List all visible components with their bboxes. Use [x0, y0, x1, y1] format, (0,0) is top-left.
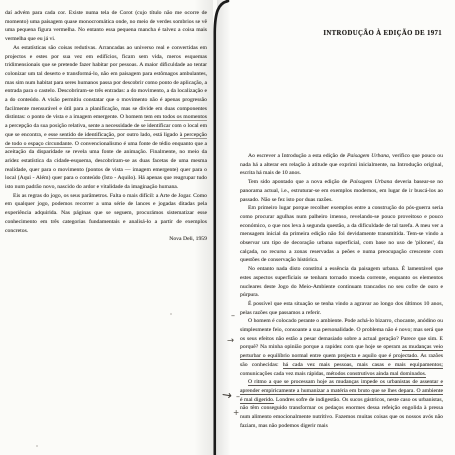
- paragraph: daí advém para cada cor. Existe numa tel…: [5, 9, 207, 44]
- left-page: daí advém para cada cor. Existe numa tel…: [0, 0, 213, 455]
- text-segment: comunicações cada vez mais rápidas,: [240, 371, 326, 377]
- text-segment: Tem sido apontado que a nova edição de: [248, 179, 350, 185]
- text-segment: As estatísticas são coisas redutivas. Ar…: [5, 45, 207, 121]
- underlined-text: esse sentido de identificação: [48, 132, 114, 139]
- signature-date: Nova Deli, 1959: [5, 235, 207, 244]
- book-title-italic: Paisagem Urbana: [350, 179, 393, 185]
- text-segment: Ao escrever a Introdução a esta edição d…: [248, 153, 347, 159]
- paragraph: Em primeiro lugar porque recolher exempl…: [240, 204, 443, 265]
- paragraph: No entanto nada disto constitui a essênc…: [240, 265, 443, 300]
- text-segment: , por outro lado, está ligado: [114, 132, 180, 138]
- paragraph: Eis as regras do jogo, os seus parâmetro…: [5, 192, 207, 236]
- paragraph: Ao escrever a Introdução a esta edição d…: [240, 152, 443, 178]
- text-segment: Eis as regras do jogo, os seus parâmetro…: [5, 193, 207, 234]
- text-segment: No entanto nada disto constitui a essênc…: [240, 266, 443, 298]
- paragraph: É possível que esta situação se tenha vi…: [240, 300, 443, 317]
- left-page-text: daí advém para cada cor. Existe numa tel…: [5, 9, 207, 244]
- paragraph: O ritmo a que se processam hoje as mudan…: [240, 378, 443, 430]
- text-segment: . O convencionalismo é uma fonte de tédi…: [5, 141, 207, 191]
- chapter-heading: INTRODUÇÃO À EDIÇÃO DE 1971: [323, 30, 442, 37]
- underlined-text: há cada vez mais pessoas, mais casas e m…: [283, 362, 443, 369]
- underlined-text: sente a necessidade de se identificar: [88, 123, 170, 130]
- book-spread-scan: daí advém para cada cor. Existe numa tel…: [0, 0, 455, 455]
- text-segment: a percepção da sua posição relativa,: [5, 123, 88, 129]
- paragraph: O homem é colocado perante o ambiente. P…: [240, 317, 443, 378]
- right-page-text: Ao escrever a Introdução a esta edição d…: [240, 152, 443, 431]
- underlined-text: métodos construtivos ainda mal dominados…: [326, 371, 426, 378]
- underlined-text: tem em todos os momentos: [144, 114, 207, 121]
- paragraph: As estatísticas são coisas redutivas. Ar…: [5, 44, 207, 192]
- book-title-italic: Paisagem Urbana: [347, 153, 389, 159]
- text-segment: Em primeiro lugar porque recolher exempl…: [240, 205, 443, 263]
- text-segment: daí advém para cada cor. Existe numa tel…: [5, 10, 207, 42]
- text-segment: É possível que esta situação se tenha vi…: [240, 301, 443, 316]
- paragraph: Tem sido apontado que a nova edição de P…: [240, 178, 443, 204]
